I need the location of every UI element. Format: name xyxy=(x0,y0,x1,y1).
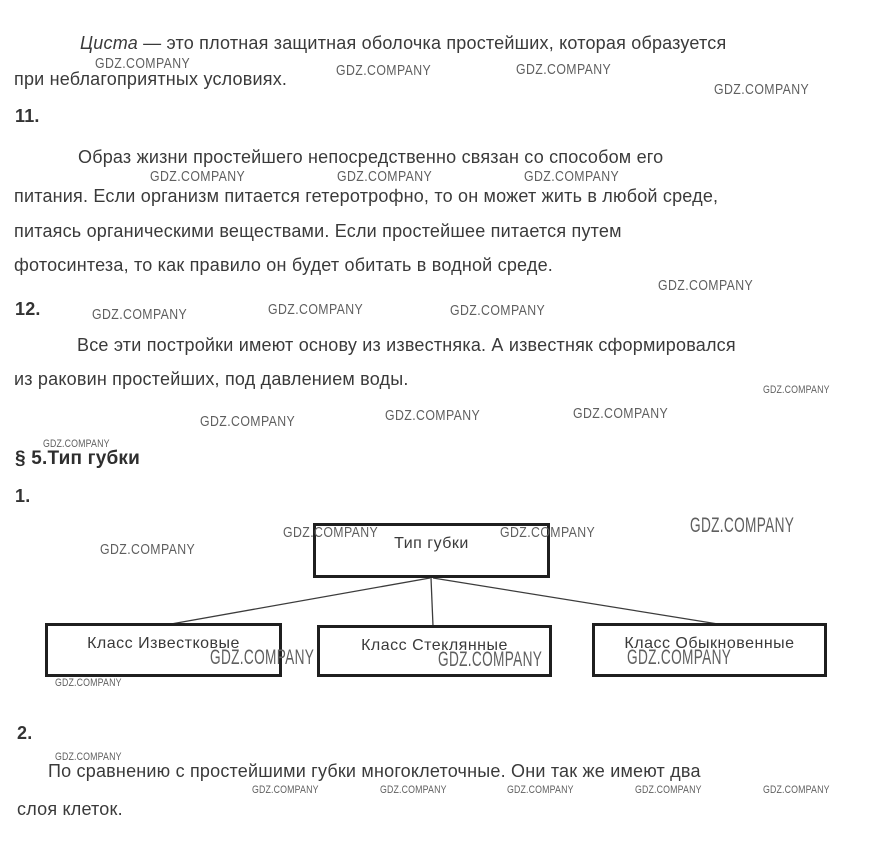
watermark: GDZ.COMPANY xyxy=(43,439,110,450)
watermark: GDZ.COMPANY xyxy=(524,169,619,184)
watermark: GDZ.COMPANY xyxy=(507,785,574,796)
section-title: § 5.Тип губки xyxy=(15,449,140,468)
watermark: GDZ.COMPANY xyxy=(714,82,809,97)
watermark: GDZ.COMPANY xyxy=(573,406,668,421)
document-page: Циста — это плотная защитная оболочка пр… xyxy=(0,0,878,841)
watermark: GDZ.COMPANY xyxy=(283,525,378,540)
watermark: GDZ.COMPANY xyxy=(210,647,314,668)
paragraph-lifestyle-line4: фотосинтеза, то как правило он будет оби… xyxy=(14,256,553,274)
paragraph-lifestyle-line1: Образ жизни простейшего непосредственно … xyxy=(78,148,663,166)
watermark: GDZ.COMPANY xyxy=(55,752,122,763)
watermark: GDZ.COMPANY xyxy=(690,515,794,536)
watermark: GDZ.COMPANY xyxy=(450,303,545,318)
paragraph-cyst-line1: Циста — это плотная защитная оболочка пр… xyxy=(80,34,726,52)
paragraph-lifestyle-line3: питаясь органическими веществами. Если п… xyxy=(14,222,622,240)
watermark: GDZ.COMPANY xyxy=(55,678,122,689)
paragraph-sponges-line2: слоя клеток. xyxy=(17,800,123,818)
paragraph-sponges-line1: По сравнению с простейшими губки многокл… xyxy=(48,762,701,780)
paragraph-limestone-line1: Все эти постройки имеют основу из извест… xyxy=(77,336,736,354)
watermark: GDZ.COMPANY xyxy=(380,785,447,796)
item-number-1: 1. xyxy=(15,487,30,505)
watermark: GDZ.COMPANY xyxy=(516,62,611,77)
item-number-2: 2. xyxy=(17,724,32,742)
watermark: GDZ.COMPANY xyxy=(438,649,542,670)
cyst-term-italic: Циста xyxy=(80,33,143,53)
watermark: GDZ.COMPANY xyxy=(500,525,595,540)
watermark: GDZ.COMPANY xyxy=(658,278,753,293)
item-number-12: 12. xyxy=(15,300,41,318)
watermark: GDZ.COMPANY xyxy=(252,785,319,796)
watermark: GDZ.COMPANY xyxy=(200,414,295,429)
watermark: GDZ.COMPANY xyxy=(763,785,830,796)
watermark: GDZ.COMPANY xyxy=(150,169,245,184)
watermark: GDZ.COMPANY xyxy=(336,63,431,78)
watermark: GDZ.COMPANY xyxy=(763,385,830,396)
watermark: GDZ.COMPANY xyxy=(92,307,187,322)
paragraph-lifestyle-line2: питания. Если организм питается гетеротр… xyxy=(14,187,718,205)
paragraph-cyst-line2: при неблагоприятных условиях. xyxy=(14,70,287,88)
watermark: GDZ.COMPANY xyxy=(100,542,195,557)
watermark: GDZ.COMPANY xyxy=(385,408,480,423)
watermark: GDZ.COMPANY xyxy=(268,302,363,317)
watermark: GDZ.COMPANY xyxy=(635,785,702,796)
item-number-11: 11. xyxy=(15,107,40,125)
watermark: GDZ.COMPANY xyxy=(95,56,190,71)
cyst-line1-rest: — это плотная защитная оболочка простейш… xyxy=(143,33,726,53)
watermark: GDZ.COMPANY xyxy=(627,647,731,668)
watermark: GDZ.COMPANY xyxy=(337,169,432,184)
paragraph-limestone-line2: из раковин простейших, под давлением вод… xyxy=(14,370,409,388)
